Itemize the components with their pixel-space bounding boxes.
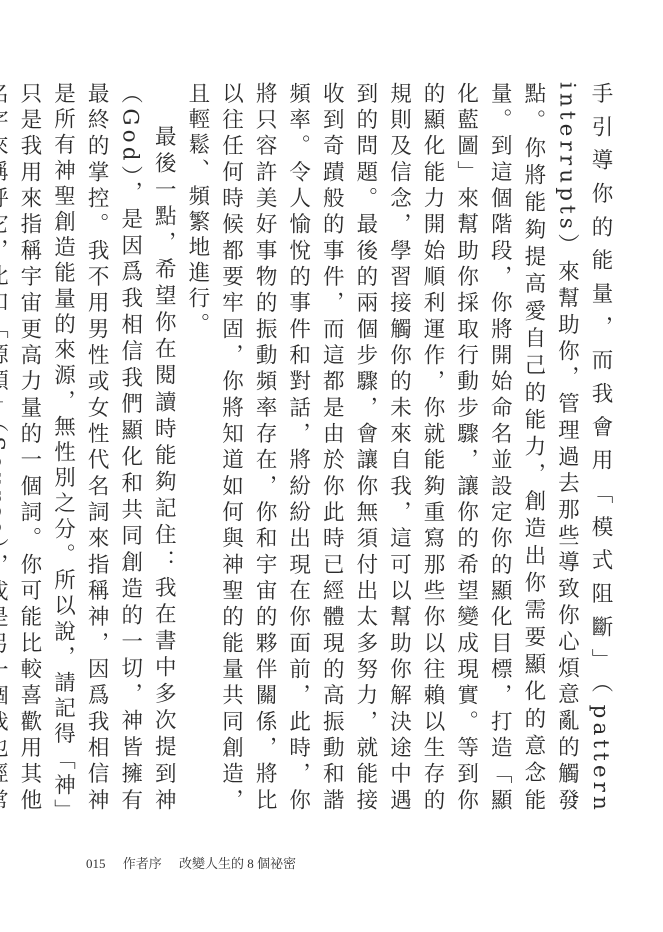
page-number: 015 [86,856,106,872]
paragraph-god-note: 最後一點，希望你在閱讀時能夠記住：我在書中多次提到神（God），是因爲我相信我們… [0,82,180,814]
vertical-body-text: 手引導你的能量，而我會用「模式阻斷」（pattern interrupts）來幫… [0,82,617,814]
running-footer: 015 作者序 改變人生的 8 個祕密 [86,853,296,872]
paragraph-continued: 手引導你的能量，而我會用「模式阻斷」（pattern interrupts）來幫… [180,82,617,814]
book-page: 手引導你的能量，而我會用「模式阻斷」（pattern interrupts）來幫… [0,0,663,932]
chapter-title: 改變人生的 8 個祕密 [179,853,296,872]
section-label: 作者序 [123,853,162,872]
